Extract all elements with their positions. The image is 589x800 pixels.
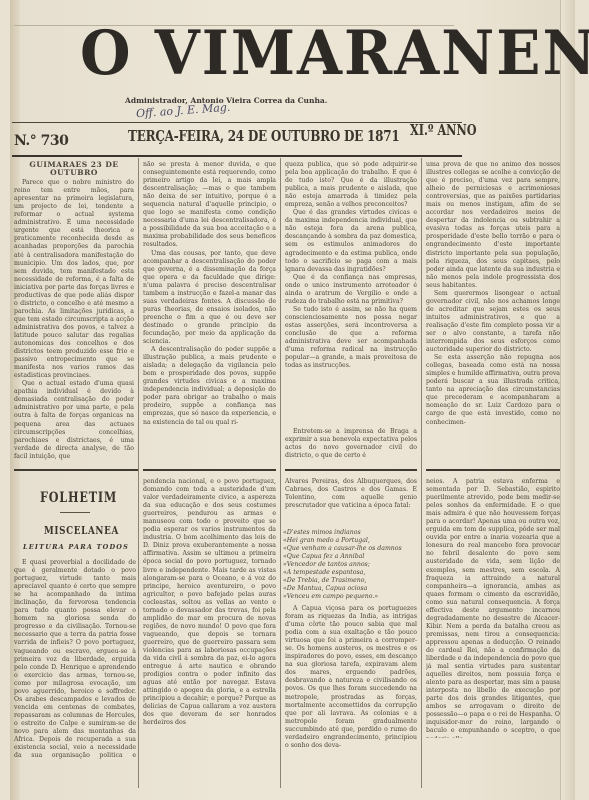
paragraph: Sem querermos lisongear o actual governa… bbox=[426, 290, 560, 354]
paragraph: Se tudo isto é assim, se não ha quem con… bbox=[285, 306, 417, 370]
editorial-column-2: não se presta à menor duvida, e que cons… bbox=[143, 161, 276, 466]
notice-block: Entretem-se a imprensa de Braga a exprim… bbox=[285, 428, 417, 466]
page-edge-right bbox=[560, 0, 575, 800]
poem-line: «Hei gran medo a Portugal, bbox=[283, 537, 402, 545]
paragraph: Que é das grandes virtudes civicas e da … bbox=[285, 209, 417, 273]
paragraph: Que o actual estado d'uma quasi apathia … bbox=[14, 380, 134, 460]
folhetim-title: FOLHETIM bbox=[40, 490, 117, 506]
folhetim-column-3: A Capua viçosa para os portuguezes foram… bbox=[285, 605, 417, 765]
editorial-heading: GUIMARÃES 23 DE OUTUBRO bbox=[14, 161, 134, 177]
title-ornament-rule bbox=[60, 512, 90, 513]
poem-line: «De Mantua, Capua ociosa bbox=[283, 585, 402, 593]
folhetim-column-2: pendencia nacional, e o povo portuguez, … bbox=[143, 478, 276, 768]
folhetim-rule bbox=[426, 469, 560, 471]
poem-line: «Que venham a causar-lhe os damnos bbox=[283, 545, 402, 553]
header-rule-bottom bbox=[12, 155, 462, 157]
paragraph: pendencia nacional, e o povo portuguez, … bbox=[143, 478, 276, 727]
poem-line: «De Trebia, de Trasimeno, bbox=[283, 577, 402, 585]
editorial-column-4: uma prova de que no animo dos nossos ill… bbox=[426, 161, 560, 466]
folhetim-column-1: É quasi proverbial a docilidade de que é… bbox=[14, 559, 136, 759]
masthead-title: O VIMARANENSE bbox=[80, 16, 400, 90]
poem-line: «Venceu em campo pequeno.» bbox=[283, 593, 402, 601]
column-divider bbox=[421, 158, 422, 788]
column-divider bbox=[280, 158, 281, 788]
miscelanea-title: MISCELANEA bbox=[44, 524, 119, 537]
paragraph: A Capua viçosa para os portuguezes foram… bbox=[285, 605, 417, 750]
paragraph: Uma das cousas, por tanto, que deve acom… bbox=[143, 250, 276, 347]
poem-line: «Vencedor de tantos annos; bbox=[283, 561, 402, 569]
paragraph: neios. A patria estava enferma e sementa… bbox=[426, 478, 560, 738]
poem-line: «Que Capua fez a Annibal bbox=[283, 553, 402, 561]
issue-year: XI.º ANNO bbox=[410, 121, 477, 139]
folhetim-rule bbox=[143, 469, 276, 471]
paragraph: queza publica, que só pode adquirir-se p… bbox=[285, 161, 417, 209]
poem-verse: «D'estes mimos indianos «Hei gran medo a… bbox=[283, 529, 402, 601]
miscelanea-subtitle: LEITURA PARA TODOS bbox=[23, 543, 129, 551]
issue-number: N.° 730 bbox=[14, 133, 68, 149]
paragraph: Parece que o nobre ministro do reino tem… bbox=[14, 179, 134, 380]
paragraph: Se esta asserção não repugna aos collega… bbox=[426, 354, 560, 426]
issue-date: TERÇA-FEIRA, 24 DE OUTUBRO DE 1871 bbox=[128, 127, 399, 145]
column-divider bbox=[138, 158, 139, 788]
folhetim-column-4: neios. A patria estava enferma e sementa… bbox=[426, 478, 560, 738]
paragraph: Que é da confiança nas empresas, onde o … bbox=[285, 274, 417, 306]
folhetim-rule bbox=[285, 469, 417, 471]
paragraph: Entretem-se a imprensa de Braga a exprim… bbox=[285, 428, 417, 460]
folhetim-rule bbox=[14, 469, 138, 471]
paragraph: uma prova de que no animo dos nossos ill… bbox=[426, 161, 560, 290]
paragraph: A descentralisação do poder suppõe a ill… bbox=[143, 346, 276, 426]
editorial-column-3: queza publica, que só pode adquirir-se p… bbox=[285, 161, 417, 421]
poem-line: «A tempestade espantosa, bbox=[283, 569, 402, 577]
editorial-column-1: GUIMARÃES 23 DE OUTUBRO Parece que o nob… bbox=[14, 161, 134, 463]
paragraph: É quasi proverbial a docilidade de que é… bbox=[14, 559, 136, 759]
folhetim-column-3-intro: Alvares Pereiras, dos Albuquerques, dos … bbox=[285, 478, 417, 518]
poem-line: «D'estes mimos indianos bbox=[283, 529, 402, 537]
paragraph: Alvares Pereiras, dos Albuquerques, dos … bbox=[285, 478, 417, 510]
paragraph: não se presta à menor duvida, e que cons… bbox=[143, 161, 276, 250]
header-rule-top bbox=[12, 122, 462, 123]
